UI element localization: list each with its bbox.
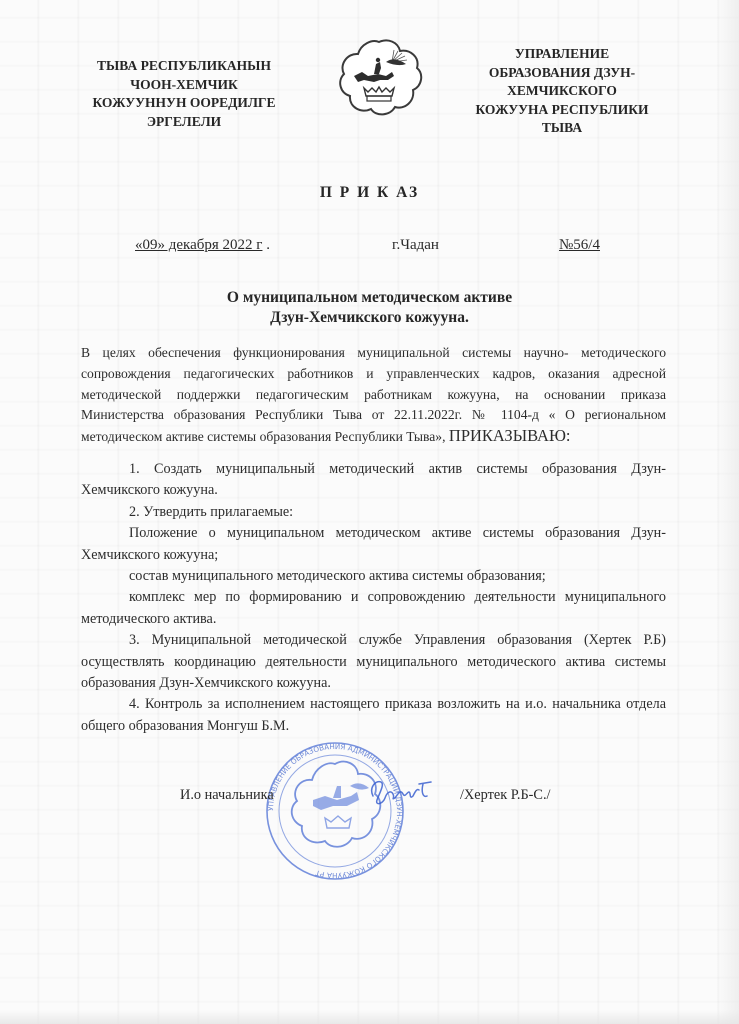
order-item-2c: комплекс мер по формированию и сопровожд… — [81, 587, 666, 630]
order-word: ПРИКАЗЫВАЮ: — [449, 426, 571, 445]
header-right-russian: УПРАВЛЕНИЕ ОБРАЗОВАНИЯ ДЗУН- ХЕМЧИКСКОГО… — [462, 45, 662, 138]
header-left-line: ТЫВА РЕСПУБЛИКАНЫН — [84, 57, 284, 76]
signatory-name: /Хертек Р.Б-С./ — [460, 787, 551, 804]
document-city: г.Чадан — [392, 237, 439, 254]
header-left-tuvan: ТЫВА РЕСПУБЛИКАНЫН ЧООН-ХЕМЧИК КОЖУУННУН… — [84, 57, 284, 131]
header-right-line: ХЕМЧИКСКОГО — [462, 82, 662, 101]
order-item-1: 1. Создать муниципальный методический ак… — [81, 459, 666, 502]
official-stamp-icon: УПРАВЛЕНИЕ ОБРАЗОВАНИЯ АДМИНИСТРАЦИИ ДЗУ… — [255, 742, 415, 880]
document-date-suffix: . — [262, 237, 270, 253]
scanned-page: ТЫВА РЕСПУБЛИКАНЫН ЧООН-ХЕМЧИК КОЖУУННУН… — [0, 0, 739, 1024]
header-left-line: ЭРГЕЛЕЛИ — [84, 113, 284, 132]
order-item-2a: Положение о муниципальном методическом а… — [81, 523, 666, 566]
header-right-line: ТЫВА — [462, 119, 662, 138]
document-subject: О муниципальном методическом активе Дзун… — [0, 288, 739, 328]
header-left-line: КОЖУУННУН ООРЕДИЛГЕ — [84, 94, 284, 113]
subject-line: Дзун-Хемчикского кожууна. — [0, 308, 739, 328]
handwritten-signature-icon — [365, 770, 435, 810]
document-date-value: «09» декабря 2022 г — [135, 237, 262, 253]
document-title: П Р И К АЗ — [0, 184, 739, 202]
tuva-coat-of-arms-icon — [334, 36, 424, 118]
order-item-2: 2. Утвердить прилагаемые: — [81, 502, 666, 523]
document-date: «09» декабря 2022 г . — [135, 237, 270, 254]
header-right-line: УПРАВЛЕНИЕ — [462, 45, 662, 64]
order-item-4: 4. Контроль за исполнением настоящего пр… — [81, 694, 666, 737]
order-item-2b: состав муниципального методического акти… — [81, 566, 666, 587]
document-number: №56/4 — [559, 237, 600, 254]
spacer — [81, 448, 666, 459]
subject-line: О муниципальном методическом активе — [0, 288, 739, 308]
preamble-paragraph: В целях обеспечения функционирования мун… — [81, 343, 666, 448]
header-right-line: ОБРАЗОВАНИЯ ДЗУН- — [462, 64, 662, 83]
header-left-line: ЧООН-ХЕМЧИК — [84, 76, 284, 95]
header-right-line: КОЖУУНА РЕСПУБЛИКИ — [462, 101, 662, 120]
document-body: В целях обеспечения функционирования мун… — [81, 343, 666, 737]
preamble-text: В целях обеспечения функционирования мун… — [81, 345, 666, 444]
order-item-3: 3. Муниципальной методической службе Упр… — [81, 630, 666, 694]
signatory-role: И.о начальника — [180, 787, 274, 804]
